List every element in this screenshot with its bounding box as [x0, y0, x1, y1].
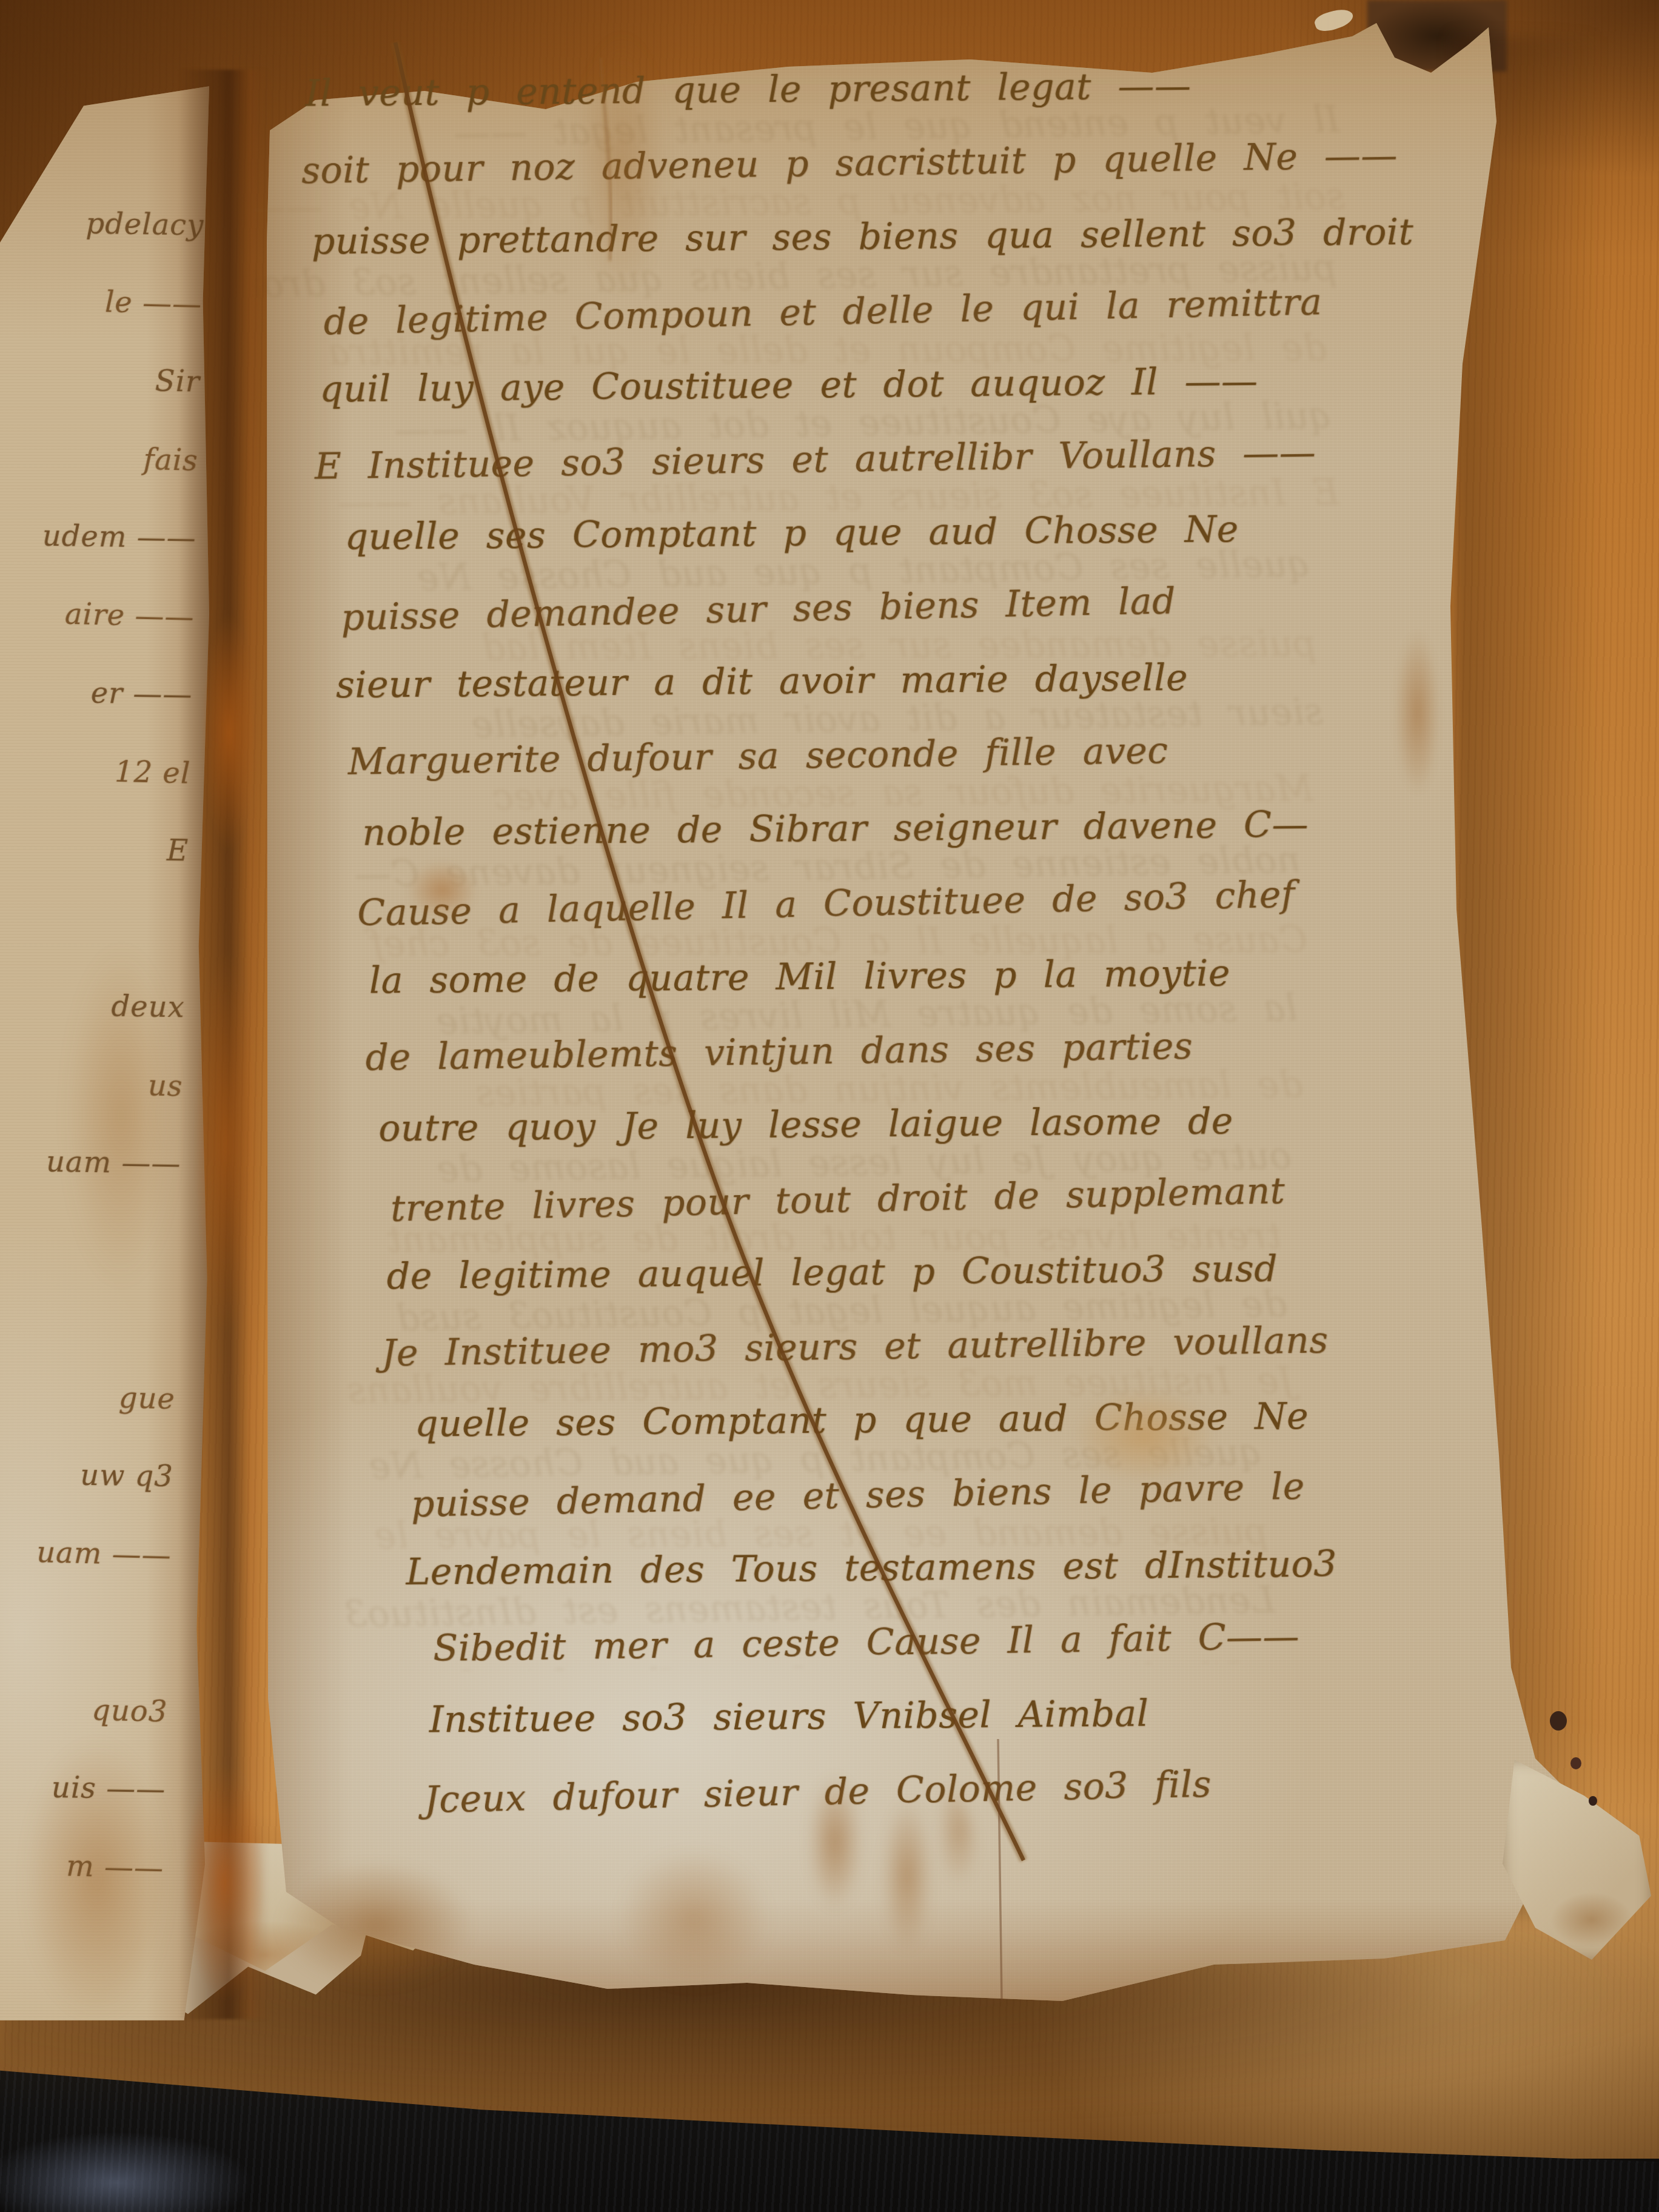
manuscript-line: Lendemain des Tous testamens est dInstit… — [406, 1526, 1510, 1609]
bottom-finger-stains — [773, 1752, 979, 1977]
right-edge-foxing — [1395, 631, 1440, 794]
smudge-stain — [1073, 1389, 1216, 1483]
manuscript-line: E Instituee so3 sieurs et autrellibr Vou… — [314, 413, 1495, 503]
manuscript-line: sieur testateur a dit avoir marie daysel… — [336, 638, 1498, 722]
manuscript-line: Marguerite dufour sa seconde fille avec — [347, 709, 1499, 799]
left-page-line-ending: 12 el — [8, 731, 192, 813]
left-page-line-ending: fais — [15, 418, 199, 500]
manuscript-line: soit pour noz adveneu p sacristtuit p qu… — [301, 117, 1490, 207]
left-page-line-ending — [0, 1591, 170, 1672]
left-page-text-fragments: pdelacy le —— Sir fais udem —— aire —— e… — [0, 183, 205, 2064]
left-page-line-ending — [0, 1279, 178, 1360]
left-page-line-ending: pdelacy — [21, 184, 204, 265]
ink-speck — [1570, 1757, 1581, 1769]
left-page-line-ending: uam —— — [0, 1512, 172, 1595]
left-page-line-ending — [0, 1199, 180, 1282]
manuscript-line: Sibedit mer a ceste Cause Il a fait C—— — [432, 1597, 1511, 1686]
manuscript-text-block: Il veut p entend que le presant legat ——… — [300, 43, 1513, 1835]
left-page-line-ending: er —— — [10, 653, 193, 734]
left-page-line-ending: quo3 — [0, 1669, 169, 1751]
manuscript-line: Il veut p entend que le presant legat —— — [305, 47, 1489, 131]
left-page-line-ending: le —— — [19, 261, 203, 344]
manuscript-line: Je Instituee mo3 sieurs et autrellibre v… — [381, 1301, 1507, 1390]
left-page-line-ending: gue — [0, 1356, 176, 1438]
bottom-left-burn-stain — [279, 1862, 473, 1989]
manuscript-line: la some de quatre Mil livres p la moytie — [369, 934, 1501, 1017]
left-page-line-ending: m —— — [0, 1825, 165, 1908]
left-page-line-ending — [0, 1904, 163, 1985]
crease-stain — [576, 33, 667, 294]
left-page-line-ending: E — [6, 809, 189, 891]
ink-blot-stain — [407, 861, 477, 919]
left-page-line-ending: udem —— — [14, 497, 197, 578]
ink-speck — [1589, 1796, 1597, 1806]
manuscript-photo: pdelacy le —— Sir fais udem —— aire —— e… — [0, 0, 1659, 2212]
manuscript-line: quil luy aye Coustituee et dot auquoz Il… — [320, 342, 1493, 426]
left-page-line-ending: uis —— — [0, 1748, 166, 1829]
ink-speck — [1550, 1711, 1567, 1731]
manuscript-line: de legitime auquel legat p Coustituo3 su… — [386, 1230, 1506, 1313]
left-page-line-ending: Sir — [18, 340, 201, 421]
left-page-line-ending: deux — [2, 966, 186, 1047]
bottom-stain — [618, 1849, 770, 1989]
left-page-line-ending: uam —— — [0, 1122, 181, 1204]
left-page-line-ending — [4, 886, 187, 969]
left-page-line-ending: us — [0, 1043, 184, 1125]
manuscript-line: de lameublemts vintjun dans ses parties — [365, 1005, 1503, 1094]
left-page-line-ending: aire —— — [12, 574, 195, 657]
left-page: pdelacy le —— Sir fais udem —— aire —— e… — [0, 67, 209, 2020]
left-page-line-ending: uw q3 — [0, 1435, 174, 1516]
